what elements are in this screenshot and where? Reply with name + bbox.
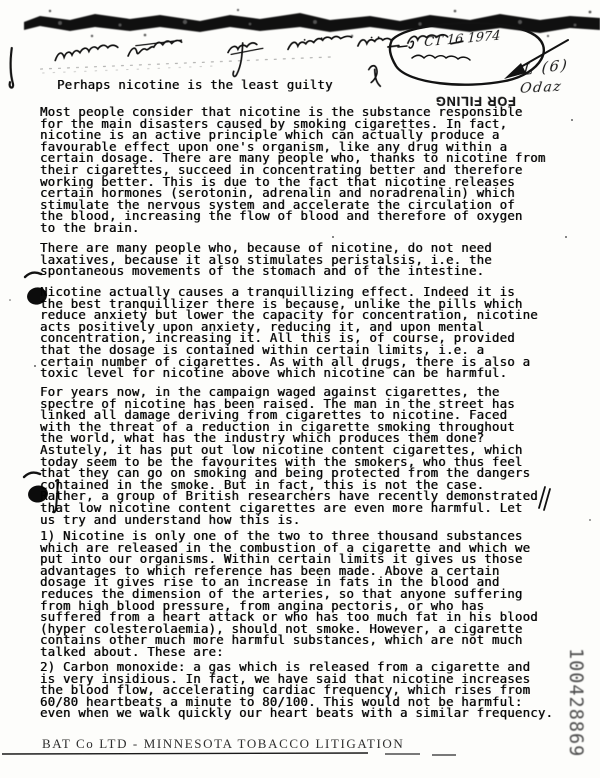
document-title: Perhaps nicotine is the least guilty: [57, 79, 477, 91]
photocopy-smudge-band: [24, 9, 600, 37]
body-paragraph-3: Nicotine actually causes a tranquillizin…: [40, 286, 560, 379]
handwritten-margin-word: Odaz: [519, 79, 563, 97]
body-paragraph-6: 2) Carbon monoxide: a gas which is relea…: [40, 661, 560, 719]
footer-rule: [2, 753, 456, 755]
bates-number: 100428869: [565, 648, 586, 757]
scanned-document-page: CT 16 1974 L (6) Odaz FOR FILING Perhaps…: [0, 0, 600, 778]
body-paragraph-4: For years now, in the campaign waged aga…: [40, 386, 560, 525]
body-paragraph-5: 1) Nicotine is only one of the two to th…: [40, 530, 560, 658]
litigation-footer: BAT Co LTD - MINNESOTA TOBACCO LITIGATIO…: [42, 736, 404, 752]
body-paragraph-1: Most people consider that nicotine is th…: [40, 106, 560, 234]
pen-dash-mark-1: [25, 273, 41, 277]
pen-dash-mark-2: [24, 473, 40, 477]
body-paragraph-2: There are many people who, because of ni…: [40, 242, 560, 277]
